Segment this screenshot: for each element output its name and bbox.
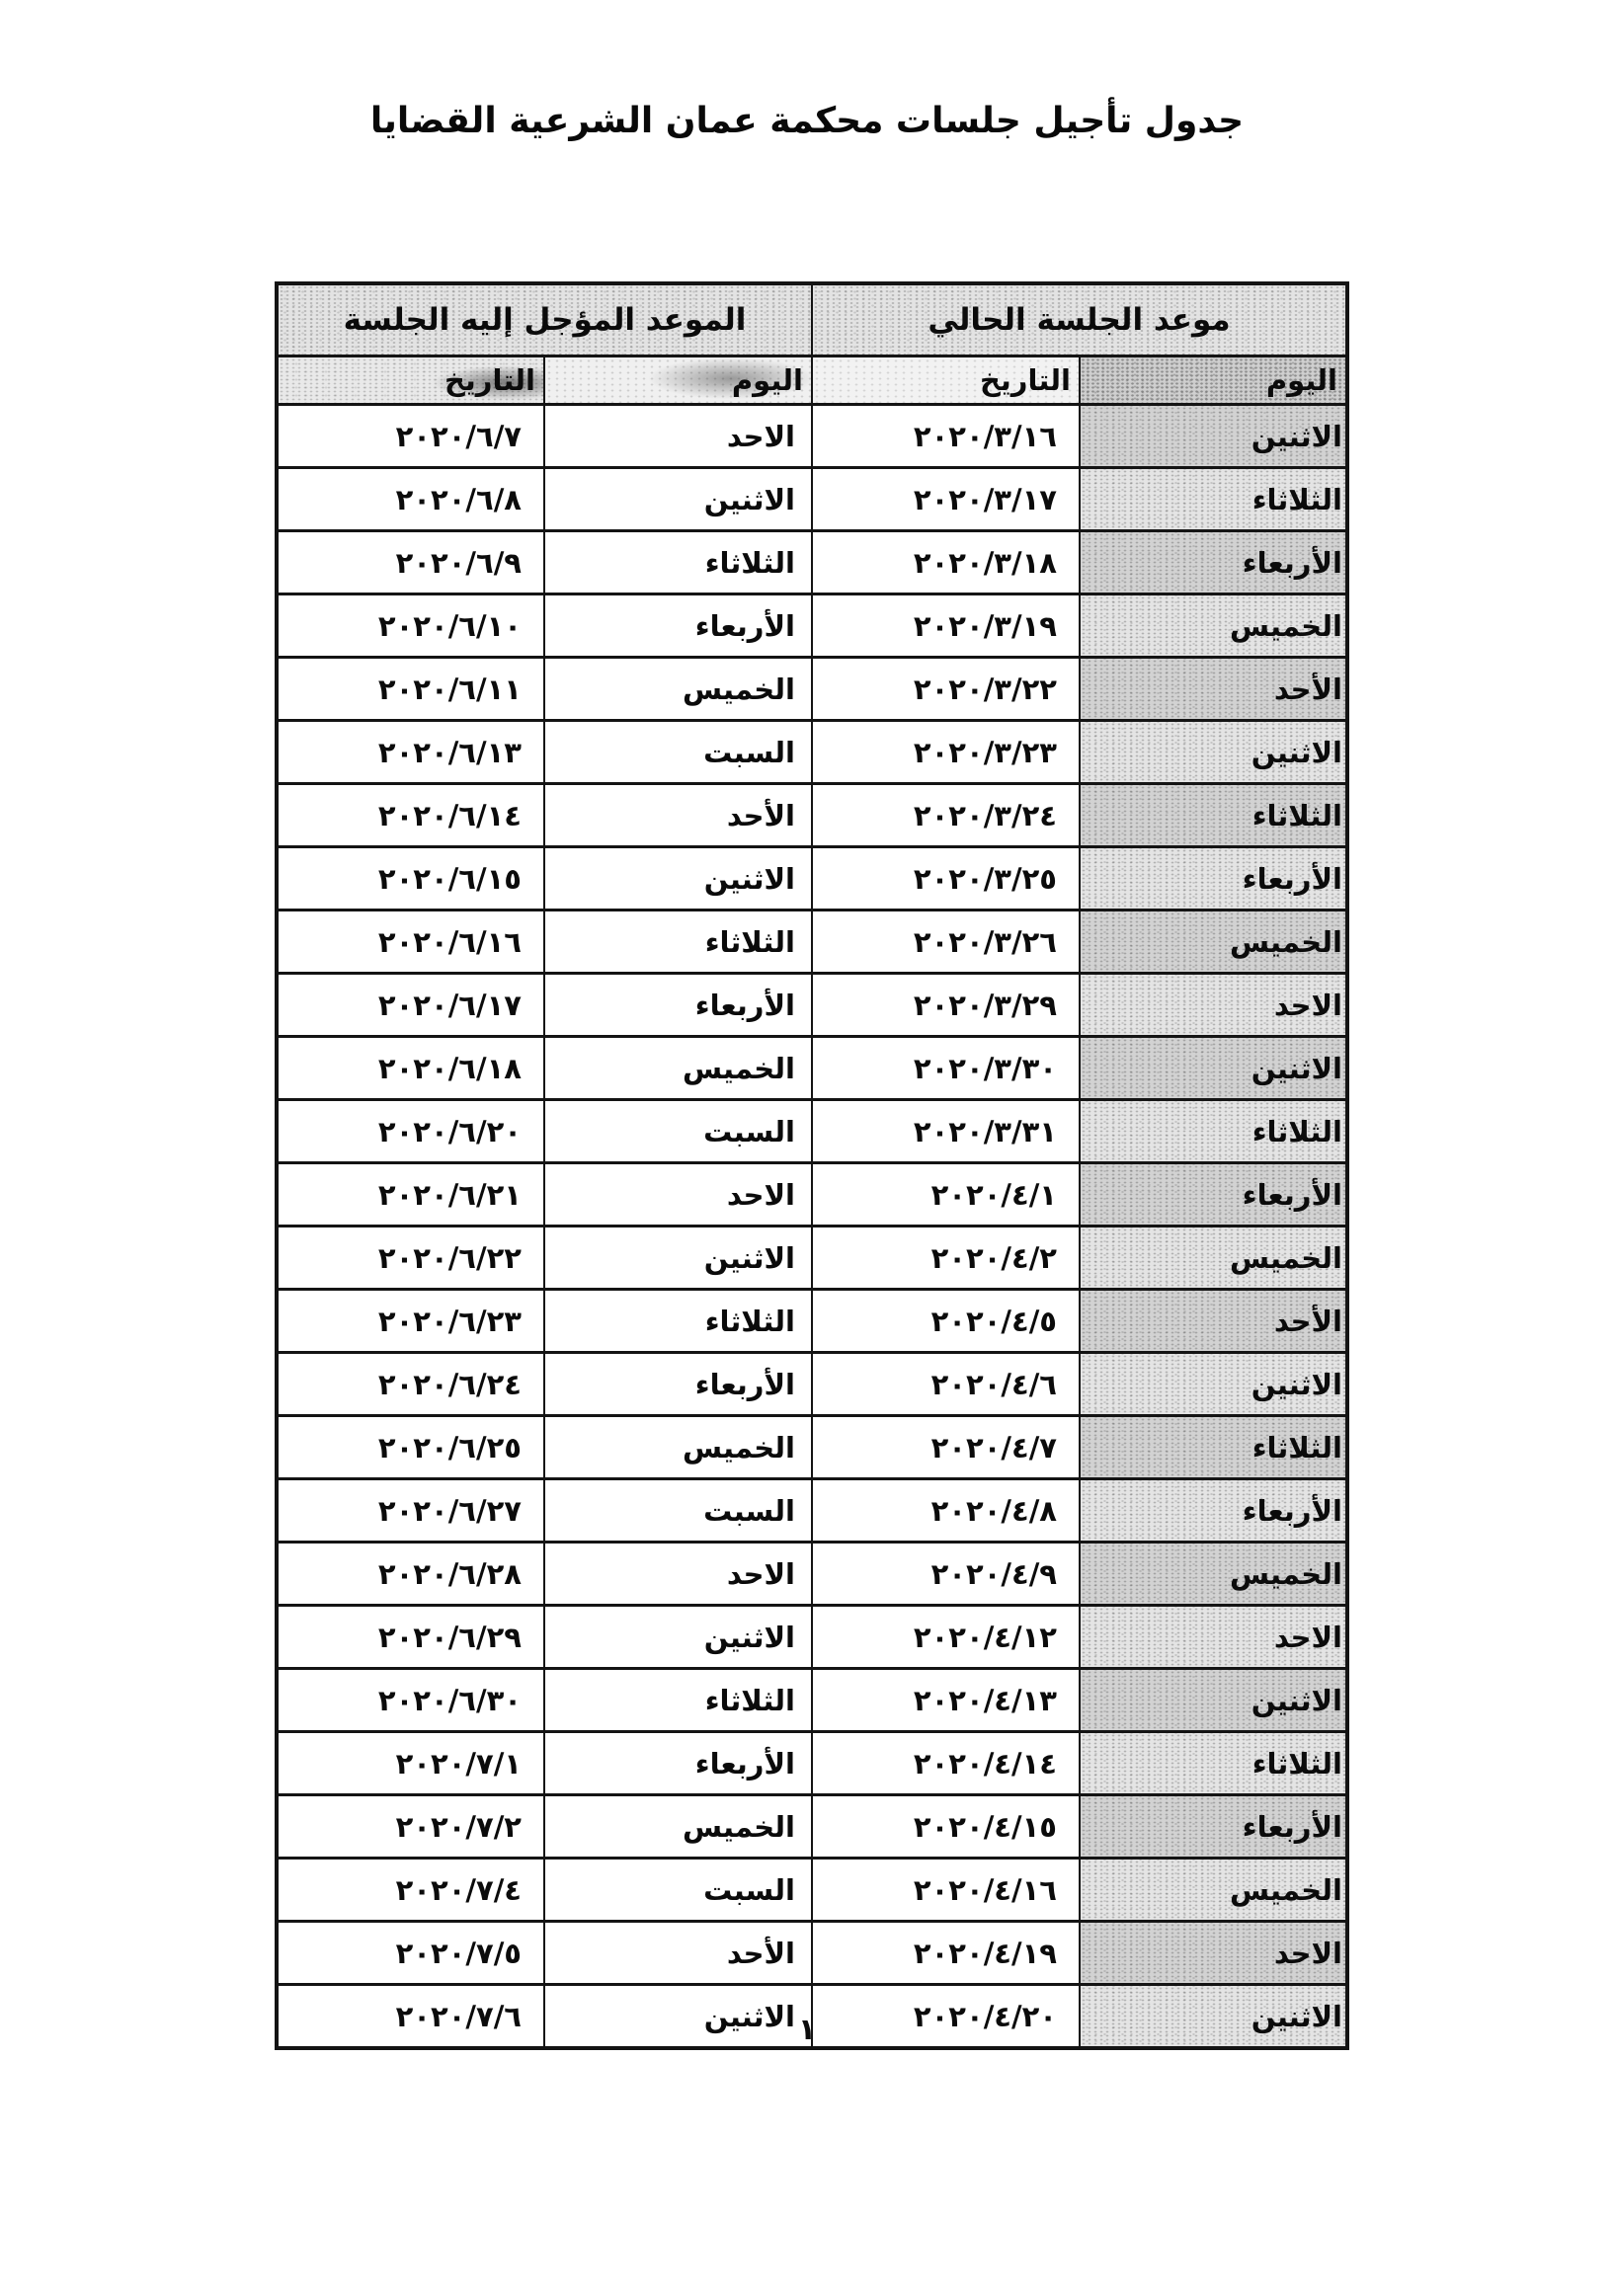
new-date-cell: ٢٠٢٠/٦/١٣ <box>277 721 544 784</box>
new-day-cell: الخميس <box>544 1795 812 1859</box>
new-day-cell: الاثنين <box>544 468 812 531</box>
table-header: موعد الجلسة الحالي الموعد المؤجل إليه ال… <box>277 283 1347 405</box>
table-row: الأربعاء ٢٠٢٠/٤/١٥ الخميس ٢٠٢٠/٧/٢ <box>277 1795 1347 1859</box>
new-date-cell: ٢٠٢٠/٦/٢٨ <box>277 1543 544 1606</box>
new-day-cell: الاثنين <box>544 1227 812 1290</box>
table-row: الاحد ٢٠٢٠/٤/١٩ الأحد ٢٠٢٠/٧/٥ <box>277 1922 1347 1985</box>
table-row: الأحد ٢٠٢٠/٣/٢٢ الخميس ٢٠٢٠/٦/١١ <box>277 658 1347 721</box>
current-date-cell: ٢٠٢٠/٣/١٩ <box>812 594 1080 658</box>
current-day-cell: الثلاثاء <box>1080 1416 1347 1479</box>
new-day-cell: الأحد <box>544 1922 812 1985</box>
current-day-cell: الثلاثاء <box>1080 468 1347 531</box>
new-day-cell: الاحد <box>544 405 812 468</box>
page-number: ١ <box>0 2013 1614 2047</box>
current-day-cell: الاحد <box>1080 1922 1347 1985</box>
current-date-cell: ٢٠٢٠/٤/٩ <box>812 1543 1080 1606</box>
table-row: الثلاثاء ٢٠٢٠/٣/٣١ السبت ٢٠٢٠/٦/٢٠ <box>277 1100 1347 1163</box>
table-row: الأربعاء ٢٠٢٠/٤/١ الاحد ٢٠٢٠/٦/٢١ <box>277 1163 1347 1227</box>
table-row: الخميس ٢٠٢٠/٤/٢ الاثنين ٢٠٢٠/٦/٢٢ <box>277 1227 1347 1290</box>
current-date-cell: ٢٠٢٠/٣/٢٢ <box>812 658 1080 721</box>
column-header-new-date: التاريخ <box>277 356 544 405</box>
new-date-cell: ٢٠٢٠/٦/١١ <box>277 658 544 721</box>
new-date-cell: ٢٠٢٠/٦/٢٤ <box>277 1353 544 1416</box>
new-day-cell: الأربعاء <box>544 1353 812 1416</box>
postponement-schedule-table: موعد الجلسة الحالي الموعد المؤجل إليه ال… <box>275 281 1349 2050</box>
current-date-cell: ٢٠٢٠/٤/٦ <box>812 1353 1080 1416</box>
table-row: الاحد ٢٠٢٠/٤/١٢ الاثنين ٢٠٢٠/٦/٢٩ <box>277 1606 1347 1669</box>
table-row: الثلاثاء ٢٠٢٠/٤/١٤ الأربعاء ٢٠٢٠/٧/١ <box>277 1732 1347 1795</box>
current-day-cell: الثلاثاء <box>1080 1732 1347 1795</box>
new-day-cell: السبت <box>544 1100 812 1163</box>
new-day-cell: الاحد <box>544 1543 812 1606</box>
current-day-cell: الاحد <box>1080 974 1347 1037</box>
new-day-cell: الأربعاء <box>544 594 812 658</box>
new-date-cell: ٢٠٢٠/٧/٢ <box>277 1795 544 1859</box>
column-header-current-day: اليوم <box>1080 356 1347 405</box>
table-row: الخميس ٢٠٢٠/٣/١٩ الأربعاء ٢٠٢٠/٦/١٠ <box>277 594 1347 658</box>
current-date-cell: ٢٠٢٠/٣/١٧ <box>812 468 1080 531</box>
current-day-cell: الاثنين <box>1080 1353 1347 1416</box>
new-date-cell: ٢٠٢٠/٦/٨ <box>277 468 544 531</box>
current-date-cell: ٢٠٢٠/٤/١٣ <box>812 1669 1080 1732</box>
new-date-cell: ٢٠٢٠/٦/٢٠ <box>277 1100 544 1163</box>
new-day-cell: الثلاثاء <box>544 1669 812 1732</box>
table-row: الخميس ٢٠٢٠/٤/٩ الاحد ٢٠٢٠/٦/٢٨ <box>277 1543 1347 1606</box>
group-header-current-session: موعد الجلسة الحالي <box>812 283 1347 356</box>
current-day-cell: الاثنين <box>1080 1037 1347 1100</box>
table-row: الاثنين ٢٠٢٠/٣/٣٠ الخميس ٢٠٢٠/٦/١٨ <box>277 1037 1347 1100</box>
current-date-cell: ٢٠٢٠/٤/١٦ <box>812 1859 1080 1922</box>
current-date-cell: ٢٠٢٠/٤/٨ <box>812 1479 1080 1543</box>
table-row: الاحد ٢٠٢٠/٣/٢٩ الأربعاء ٢٠٢٠/٦/١٧ <box>277 974 1347 1037</box>
new-day-cell: الخميس <box>544 1416 812 1479</box>
table-row: الأحد ٢٠٢٠/٤/٥ الثلاثاء ٢٠٢٠/٦/٢٣ <box>277 1290 1347 1353</box>
new-date-cell: ٢٠٢٠/٦/٣٠ <box>277 1669 544 1732</box>
new-day-cell: الاثنين <box>544 847 812 910</box>
current-day-cell: الأربعاء <box>1080 847 1347 910</box>
current-day-cell: الخميس <box>1080 1543 1347 1606</box>
group-header-postponed-to: الموعد المؤجل إليه الجلسة <box>277 283 812 356</box>
table-body: الاثنين ٢٠٢٠/٣/١٦ الاحد ٢٠٢٠/٦/٧ الثلاثا… <box>277 405 1347 2049</box>
current-day-cell: الخميس <box>1080 594 1347 658</box>
new-day-cell: الثلاثاء <box>544 1290 812 1353</box>
current-date-cell: ٢٠٢٠/٣/١٦ <box>812 405 1080 468</box>
new-day-cell: الأحد <box>544 784 812 847</box>
current-date-cell: ٢٠٢٠/٤/١ <box>812 1163 1080 1227</box>
new-date-cell: ٢٠٢٠/٦/٢٥ <box>277 1416 544 1479</box>
new-day-cell: السبت <box>544 721 812 784</box>
table-row: الاثنين ٢٠٢٠/٤/١٣ الثلاثاء ٢٠٢٠/٦/٣٠ <box>277 1669 1347 1732</box>
new-date-cell: ٢٠٢٠/٦/٢٧ <box>277 1479 544 1543</box>
current-day-cell: الاثنين <box>1080 1669 1347 1732</box>
new-date-cell: ٢٠٢٠/٧/١ <box>277 1732 544 1795</box>
new-date-cell: ٢٠٢٠/٦/١٨ <box>277 1037 544 1100</box>
current-date-cell: ٢٠٢٠/٣/٢٣ <box>812 721 1080 784</box>
table-row: الأربعاء ٢٠٢٠/٣/٢٥ الاثنين ٢٠٢٠/٦/١٥ <box>277 847 1347 910</box>
column-header-new-day: اليوم <box>544 356 812 405</box>
current-day-cell: الأربعاء <box>1080 1795 1347 1859</box>
new-day-cell: الأربعاء <box>544 974 812 1037</box>
current-day-cell: الخميس <box>1080 1227 1347 1290</box>
new-date-cell: ٢٠٢٠/٦/١٥ <box>277 847 544 910</box>
current-date-cell: ٢٠٢٠/٣/٣٠ <box>812 1037 1080 1100</box>
column-header-row: اليوم التاريخ اليوم التاريخ <box>277 356 1347 405</box>
new-day-cell: الثلاثاء <box>544 531 812 594</box>
table-row: الخميس ٢٠٢٠/٤/١٦ السبت ٢٠٢٠/٧/٤ <box>277 1859 1347 1922</box>
current-day-cell: الاحد <box>1080 1606 1347 1669</box>
current-date-cell: ٢٠٢٠/٣/١٨ <box>812 531 1080 594</box>
new-day-cell: الأربعاء <box>544 1732 812 1795</box>
column-header-current-date: التاريخ <box>812 356 1080 405</box>
new-date-cell: ٢٠٢٠/٦/١٤ <box>277 784 544 847</box>
new-day-cell: الثلاثاء <box>544 910 812 974</box>
table-row: الأربعاء ٢٠٢٠/٤/٨ السبت ٢٠٢٠/٦/٢٧ <box>277 1479 1347 1543</box>
document-title: جدول تأجيل جلسات محكمة عمان الشرعية القض… <box>0 101 1614 141</box>
current-date-cell: ٢٠٢٠/٣/٢٥ <box>812 847 1080 910</box>
current-date-cell: ٢٠٢٠/٤/١٩ <box>812 1922 1080 1985</box>
scanned-document-page: جدول تأجيل جلسات محكمة عمان الشرعية القض… <box>0 0 1614 2296</box>
current-date-cell: ٢٠٢٠/٤/١٥ <box>812 1795 1080 1859</box>
current-date-cell: ٢٠٢٠/٤/٧ <box>812 1416 1080 1479</box>
new-date-cell: ٢٠٢٠/٦/١٧ <box>277 974 544 1037</box>
new-date-cell: ٢٠٢٠/٦/٢٩ <box>277 1606 544 1669</box>
new-day-cell: السبت <box>544 1859 812 1922</box>
current-day-cell: الأحد <box>1080 658 1347 721</box>
new-date-cell: ٢٠٢٠/٦/٢٢ <box>277 1227 544 1290</box>
current-date-cell: ٢٠٢٠/٣/٢٩ <box>812 974 1080 1037</box>
current-date-cell: ٢٠٢٠/٣/٢٤ <box>812 784 1080 847</box>
current-date-cell: ٢٠٢٠/٤/١٢ <box>812 1606 1080 1669</box>
new-day-cell: السبت <box>544 1479 812 1543</box>
current-day-cell: الثلاثاء <box>1080 784 1347 847</box>
current-day-cell: الأربعاء <box>1080 531 1347 594</box>
table-row: الخميس ٢٠٢٠/٣/٢٦ الثلاثاء ٢٠٢٠/٦/١٦ <box>277 910 1347 974</box>
current-day-cell: الاثنين <box>1080 405 1347 468</box>
new-day-cell: الاثنين <box>544 1606 812 1669</box>
new-date-cell: ٢٠٢٠/٦/٢٣ <box>277 1290 544 1353</box>
table-row: الثلاثاء ٢٠٢٠/٣/٢٤ الأحد ٢٠٢٠/٦/١٤ <box>277 784 1347 847</box>
new-date-cell: ٢٠٢٠/٧/٥ <box>277 1922 544 1985</box>
current-day-cell: الثلاثاء <box>1080 1100 1347 1163</box>
current-day-cell: الخميس <box>1080 1859 1347 1922</box>
table-row: الأربعاء ٢٠٢٠/٣/١٨ الثلاثاء ٢٠٢٠/٦/٩ <box>277 531 1347 594</box>
current-date-cell: ٢٠٢٠/٤/٢ <box>812 1227 1080 1290</box>
new-date-cell: ٢٠٢٠/٦/١٦ <box>277 910 544 974</box>
current-day-cell: الأحد <box>1080 1290 1347 1353</box>
new-date-cell: ٢٠٢٠/٦/٧ <box>277 405 544 468</box>
current-date-cell: ٢٠٢٠/٤/١٤ <box>812 1732 1080 1795</box>
table-row: الاثنين ٢٠٢٠/٣/١٦ الاحد ٢٠٢٠/٦/٧ <box>277 405 1347 468</box>
current-day-cell: الأربعاء <box>1080 1163 1347 1227</box>
new-day-cell: الاحد <box>544 1163 812 1227</box>
table-row: الثلاثاء ٢٠٢٠/٣/١٧ الاثنين ٢٠٢٠/٦/٨ <box>277 468 1347 531</box>
new-date-cell: ٢٠٢٠/٧/٤ <box>277 1859 544 1922</box>
current-date-cell: ٢٠٢٠/٣/٢٦ <box>812 910 1080 974</box>
table-row: الثلاثاء ٢٠٢٠/٤/٧ الخميس ٢٠٢٠/٦/٢٥ <box>277 1416 1347 1479</box>
current-date-cell: ٢٠٢٠/٤/٥ <box>812 1290 1080 1353</box>
table-row: الاثنين ٢٠٢٠/٣/٢٣ السبت ٢٠٢٠/٦/١٣ <box>277 721 1347 784</box>
current-day-cell: الاثنين <box>1080 721 1347 784</box>
new-date-cell: ٢٠٢٠/٦/٩ <box>277 531 544 594</box>
new-date-cell: ٢٠٢٠/٦/١٠ <box>277 594 544 658</box>
new-day-cell: الخميس <box>544 658 812 721</box>
new-date-cell: ٢٠٢٠/٦/٢١ <box>277 1163 544 1227</box>
table-row: الاثنين ٢٠٢٠/٤/٦ الأربعاء ٢٠٢٠/٦/٢٤ <box>277 1353 1347 1416</box>
current-date-cell: ٢٠٢٠/٣/٣١ <box>812 1100 1080 1163</box>
group-header-row: موعد الجلسة الحالي الموعد المؤجل إليه ال… <box>277 283 1347 356</box>
new-day-cell: الخميس <box>544 1037 812 1100</box>
current-day-cell: الأربعاء <box>1080 1479 1347 1543</box>
current-day-cell: الخميس <box>1080 910 1347 974</box>
